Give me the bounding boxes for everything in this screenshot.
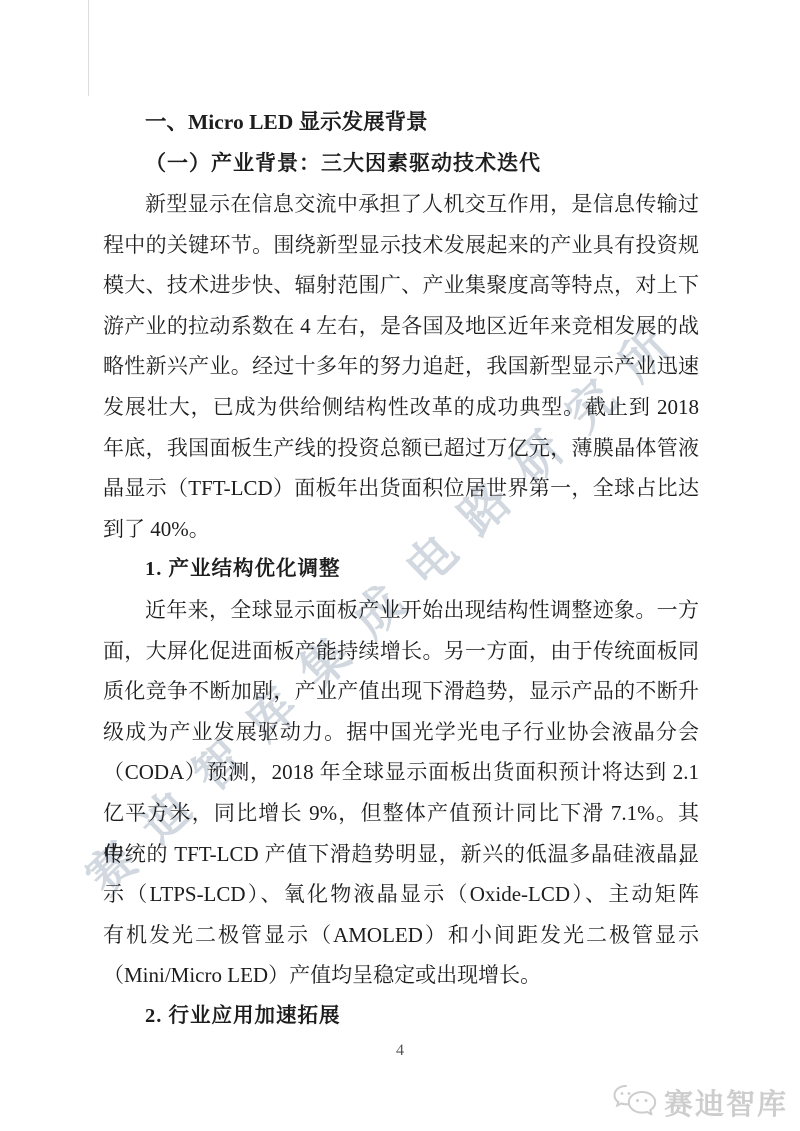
numbered-heading-2: 2. 行业应用加速拓展 [103, 996, 699, 1037]
scan-artifact-line [88, 0, 89, 96]
paragraph-1: 新型显示在信息交流中承担了人机交互作用，是信息传输过 程中的关键环节。围绕新型显… [103, 184, 699, 549]
subsection-heading: （一）产业背景：三大因素驱动技术迭代 [103, 143, 699, 184]
text-line: 程中的关键环节。围绕新型显示技术发展起来的产业具有投资规 [103, 225, 699, 266]
text-line: 亿平方米，同比增长 9%，但整体产值预计同比下滑 7.1%。其中， [103, 793, 699, 834]
text-line: 游产业的拉动系数在 4 左右，是各国及地区近年来竞相发展的战 [103, 306, 699, 347]
text-line: 发展壮大，已成为供给侧结构性改革的成功典型。截止到 2018 [103, 387, 699, 428]
text-line: 级成为产业发展驱动力。据中国光学光电子行业协会液晶分会 [103, 712, 699, 753]
text-line: 传统的 TFT-LCD 产值下滑趋势明显，新兴的低温多晶硅液晶显 [103, 834, 699, 875]
text-line: 模大、技术进步快、辐射范围广、产业集聚度高等特点，对上下 [103, 265, 699, 306]
text-line: 面，大屏化促进面板产能持续增长。另一方面，由于传统面板同 [103, 631, 699, 672]
text-line: （CODA）预测，2018 年全球显示面板出货面积预计将达到 2.1 [103, 752, 699, 793]
text-line: 略性新兴产业。经过十多年的努力追赶，我国新型显示产业迅速 [103, 346, 699, 387]
section-heading: 一、Micro LED 显示发展背景 [103, 102, 699, 143]
text-line: 年底，我国面板生产线的投资总额已超过万亿元，薄膜晶体管液 [103, 428, 699, 469]
text-line: 示（LTPS-LCD）、氧化物液晶显示（Oxide-LCD）、主动矩阵 [103, 874, 699, 915]
text-line: 有机发光二极管显示（AMOLED）和小间距发光二极管显示 [103, 915, 699, 956]
text-line: 晶显示（TFT-LCD）面板年出货面积位居世界第一，全球占比达 [103, 468, 699, 509]
page-number: 4 [0, 1042, 800, 1060]
document-body: 一、Micro LED 显示发展背景 （一）产业背景：三大因素驱动技术迭代 新型… [103, 102, 699, 1036]
text-line: 新型显示在信息交流中承担了人机交互作用，是信息传输过 [103, 184, 699, 225]
brand-name: 赛迪智库 [664, 1082, 788, 1123]
numbered-heading-1: 1. 产业结构优化调整 [103, 549, 699, 590]
text-line: （Mini/Micro LED）产值均呈稳定或出现增长。 [103, 955, 699, 996]
document-page: 赛迪智库集成电路研究所 一、Micro LED 显示发展背景 （一）产业背景：三… [0, 0, 800, 1131]
text-line: 质化竞争不断加剧，产业产值出现下滑趋势，显示产品的不断升 [103, 671, 699, 712]
text-line: 到了 40%。 [103, 509, 699, 550]
text-line: 近年来，全球显示面板产业开始出现结构性调整迹象。一方 [103, 590, 699, 631]
paragraph-2: 近年来，全球显示面板产业开始出现结构性调整迹象。一方 面，大屏化促进面板产能持续… [103, 590, 699, 996]
brand-watermark: 赛迪智库 [612, 1082, 788, 1122]
wechat-bubbles-icon [612, 1083, 658, 1121]
